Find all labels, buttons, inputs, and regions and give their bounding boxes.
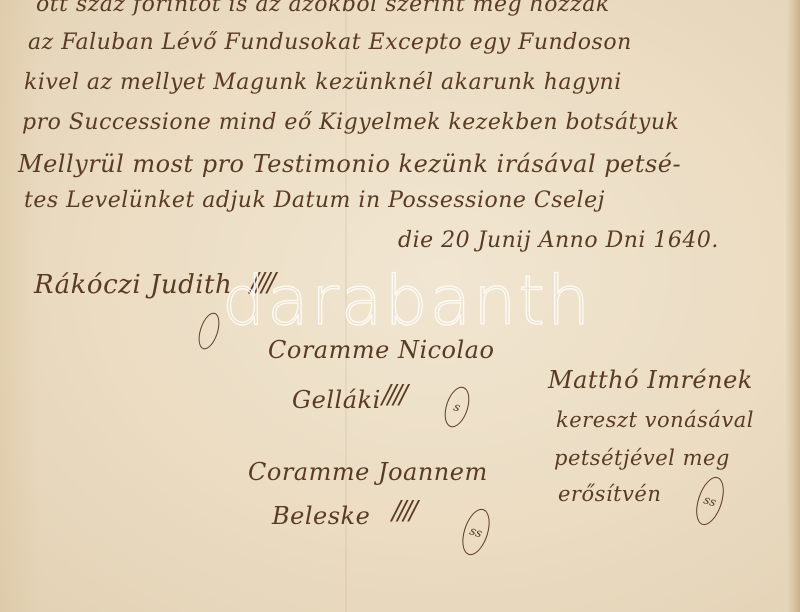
signature-mattho-line4: erősítvén [558,482,661,506]
signature-mattho-line3: petsétjével meg [554,446,730,470]
date-line: die 20 Junij Anno Dni 1640. [398,228,719,253]
signature-witness1-line2: Gelláki [292,386,381,414]
body-line-3: kivel az mellyet Magunk kezünknél akarun… [24,70,622,95]
seal-beleske: ss [457,505,495,558]
document-page: ött szaz forintot is az azokbol szerint … [0,0,800,612]
body-line-1: ött szaz forintot is az azokbol szerint … [36,0,610,17]
body-line-6: tes Levelünket adjuk Datum in Possession… [24,188,605,213]
body-line-2: az Faluban Lévő Fundusokat Excepto egy F… [28,30,632,55]
signature-mattho-line1: Matthó Imrének [548,366,753,394]
body-line-4: pro Successione mind eő Kigyelmek kezekb… [22,110,679,135]
cross-mark-beleske: //// [392,496,415,526]
signature-witness2-line1: Coramme Joannem [248,458,488,486]
paper-edge [786,0,800,612]
cross-mark-gellaki: //// [382,380,405,410]
signature-rakoczi: Rákóczi Judith [34,270,232,300]
body-line-5: Mellyrül most pro Testimonio kezünk irás… [18,150,681,178]
signature-witness2-line2: Beleske [272,502,370,530]
seal-rakoczi [195,310,224,352]
signature-mattho-line2: kereszt vonásával [556,408,754,432]
seal-mattho: ss [691,474,729,529]
watermark: darabanth [222,262,592,341]
seal-gellaki: s [440,384,474,431]
